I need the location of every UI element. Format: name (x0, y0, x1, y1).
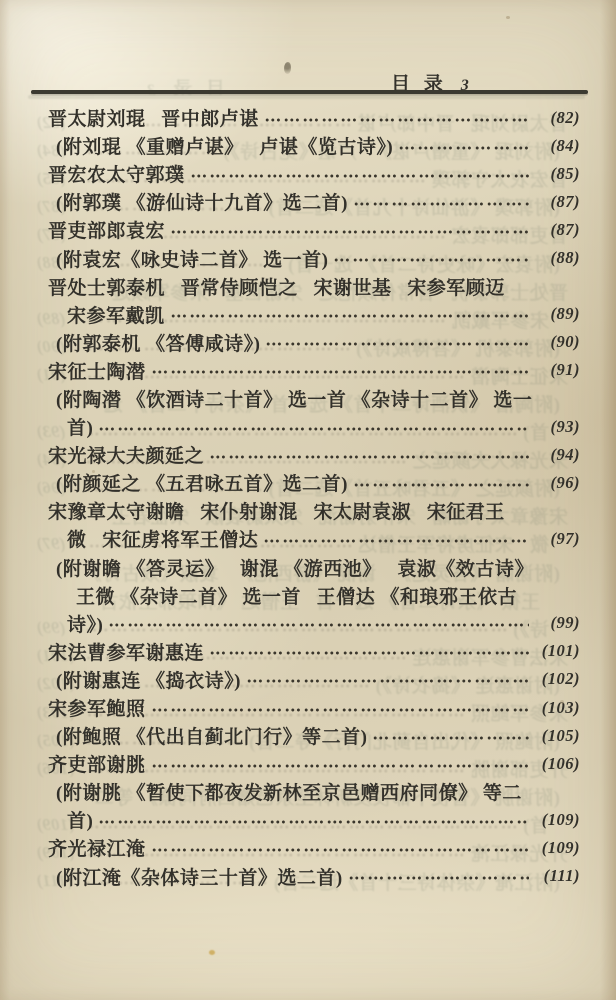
toc-entry-text: 晋太尉刘琨 晋中郎卢谌 (48, 104, 259, 131)
toc-entry-page-number: (103) (534, 698, 580, 718)
dot-leader (265, 117, 529, 123)
toc-entry-page-number: (90) (534, 332, 580, 352)
toc-entry-text: 宋法曹参军谢惠连 (48, 638, 204, 665)
toc-entry-page-number: (109) (534, 810, 580, 830)
toc-entry-text: 齐光禄江淹 (48, 834, 146, 861)
toc-entry-page-number: (89) (534, 304, 580, 324)
toc-entry: (附谢瞻 《答灵运》 谢混 《游西池》 袁淑《效古诗》 (48, 553, 580, 581)
toc-entry-page-number: (102) (534, 669, 580, 689)
toc-list: 晋太尉刘琨 晋中郎卢谌(82) (附刘琨 《重赠卢谌》 卢谌《览古诗》)(84)… (48, 104, 580, 891)
dot-leader (99, 819, 529, 825)
toc-entry-page-number: (96) (534, 473, 580, 493)
dot-leader (354, 482, 529, 488)
dot-leader (373, 735, 529, 741)
dot-leader (171, 313, 529, 319)
toc-entry-text: 宋征士陶潜 (48, 357, 146, 384)
toc-entry: (附刘琨 《重赠卢谌》 卢谌《览古诗》)(84) (48, 132, 580, 160)
toc-entry: 首)(109) (48, 806, 580, 834)
dot-leader (264, 538, 529, 544)
dot-leader (349, 875, 529, 881)
dot-leader (247, 678, 529, 684)
toc-entry: 宋参军鲍照(103) (48, 693, 580, 721)
toc-entry-page-number: (87) (534, 220, 580, 240)
toc-entry: 晋宏农太守郭璞(85) (48, 160, 580, 188)
toc-entry: (附袁宏《咏史诗二首》 选一首)(88) (48, 244, 580, 272)
toc-entry-text: 晋吏部郎袁宏 (48, 216, 165, 243)
toc-entry: 宋豫章太守谢瞻 宋仆射谢混 宋太尉袁淑 宋征君王 (48, 497, 580, 525)
toc-entry-page-number: (87) (534, 192, 580, 212)
dot-leader (152, 847, 529, 853)
toc-entry: 微 宋征虏将军王僧达(97) (48, 525, 580, 553)
toc-entry: 首)(93) (48, 413, 580, 441)
toc-entry-text: 晋宏农太守郭璞 (48, 160, 185, 187)
dot-leader (152, 369, 529, 375)
dot-leader (152, 707, 529, 713)
toc-entry: 宋参军戴凯(89) (48, 300, 580, 328)
dot-leader (191, 173, 529, 179)
toc-entry: 晋吏部郎袁宏(87) (48, 216, 580, 244)
toc-entry: (附郭泰机 《答傅咸诗》)(90) (48, 328, 580, 356)
toc-entry: 宋法曹参军谢惠连(101) (48, 637, 580, 665)
toc-entry: 齐吏部谢朓(106) (48, 750, 580, 778)
toc-entry-text: (附谢瞻 《答灵运》 谢混 《游西池》 袁淑《效古诗》 (56, 554, 534, 581)
toc-entry-text: (附鲍照 《代出自蓟北门行》等二首) (56, 722, 367, 749)
dot-leader (210, 454, 529, 460)
toc-entry: (附颜延之 《五君咏五首》选二首)(96) (48, 469, 580, 497)
scanned-book-page: 目 录 3 晋太尉刘琨 晋中郎卢谌(82) (附刘琨 《重赠卢谌》 卢谌《览古诗… (0, 0, 616, 1000)
toc-entry-page-number: (97) (534, 529, 580, 549)
toc-entry: (附谢朓 《暂使下都夜发新林至京邑赠西府同僚》 等二 (48, 778, 580, 806)
toc-entry-text: (附江淹《杂体诗三十首》选二首) (56, 863, 343, 890)
toc-entry-text: (附颜延之 《五君咏五首》选二首) (56, 469, 348, 496)
toc-entry-page-number: (91) (534, 360, 580, 380)
toc-entry: 齐光禄江淹(109) (48, 834, 580, 862)
toc-entry-page-number: (82) (534, 108, 580, 128)
toc-entry: 王微 《杂诗二首》 选一首 王僧达 《和琅邪王依古 (48, 581, 580, 609)
toc-entry-text: 首) (67, 806, 93, 833)
toc-entry-page-number: (111) (534, 866, 580, 886)
dot-leader (399, 145, 529, 151)
toc-entry: (附陶潜 《饮酒诗二十首》 选一首 《杂诗十二首》 选一 (48, 384, 580, 412)
toc-entry: (附谢惠连 《捣衣诗》)(102) (48, 665, 580, 693)
dot-leader (99, 426, 529, 432)
dot-leader (210, 650, 529, 656)
toc-entry-text: 诗》) (67, 610, 103, 637)
toc-entry-page-number: (106) (534, 754, 580, 774)
toc-entry-page-number: (85) (534, 164, 580, 184)
toc-entry-text: 晋处士郭泰机 晋常侍顾恺之 宋谢世基 宋参军顾迈 (48, 273, 505, 300)
toc-entry-text: 齐吏部谢朓 (48, 750, 146, 777)
toc-entry-page-number: (94) (534, 445, 580, 465)
toc-entry: 晋处士郭泰机 晋常侍顾恺之 宋谢世基 宋参军顾迈 (48, 272, 580, 300)
toc-entry: 宋征士陶潜(91) (48, 356, 580, 384)
toc-entry-text: (附谢朓 《暂使下都夜发新林至京邑赠西府同僚》 等二 (56, 778, 522, 805)
toc-entry-page-number: (84) (534, 136, 580, 156)
toc-entry-text: (附刘琨 《重赠卢谌》 卢谌《览古诗》) (56, 132, 393, 159)
toc-entry-text: 宋光禄大夫颜延之 (48, 441, 204, 468)
toc-entry: 宋光禄大夫颜延之(94) (48, 441, 580, 469)
toc-entry: 诗》)(99) (48, 609, 580, 637)
toc-entry-text: 微 宋征虏将军王僧达 (67, 525, 258, 552)
toc-entry-text: 宋参军戴凯 (67, 301, 165, 328)
toc-entry-page-number: (109) (534, 838, 580, 858)
dot-leader (152, 763, 529, 769)
dot-leader (354, 201, 529, 207)
toc-entry-text: 首) (67, 413, 93, 440)
toc-entry-page-number: (99) (534, 613, 580, 633)
dot-leader (109, 622, 529, 628)
toc-entry-text: 王微 《杂诗二首》 选一首 王僧达 《和琅邪王依古 (76, 582, 517, 609)
toc-entry-text: 宋参军鲍照 (48, 694, 146, 721)
toc-entry: (附江淹《杂体诗三十首》选二首)(111) (48, 862, 580, 890)
dot-leader (334, 257, 529, 263)
toc-entry-page-number: (105) (534, 726, 580, 746)
dot-leader (171, 229, 529, 235)
toc-entry-text: (附陶潜 《饮酒诗二十首》 选一首 《杂诗十二首》 选一 (56, 385, 532, 412)
toc-entry: (附郭璞 《游仙诗十九首》选二首)(87) (48, 188, 580, 216)
toc-entry-text: (附郭泰机 《答傅咸诗》) (56, 329, 260, 356)
toc-entry-page-number: (88) (534, 248, 580, 268)
header-rule (31, 90, 588, 94)
toc-entry-text: (附谢惠连 《捣衣诗》) (56, 666, 241, 693)
toc-entry-text: 宋豫章太守谢瞻 宋仆射谢混 宋太尉袁淑 宋征君王 (48, 497, 505, 524)
toc-entry-page-number: (93) (534, 417, 580, 437)
toc-entry: (附鲍照 《代出自蓟北门行》等二首)(105) (48, 722, 580, 750)
dot-leader (266, 341, 529, 347)
toc-entry-text: (附袁宏《咏史诗二首》 选一首) (56, 245, 328, 272)
toc-entry-page-number: (101) (534, 641, 580, 661)
toc-entry-text: (附郭璞 《游仙诗十九首》选二首) (56, 188, 348, 215)
toc-entry: 晋太尉刘琨 晋中郎卢谌(82) (48, 104, 580, 132)
